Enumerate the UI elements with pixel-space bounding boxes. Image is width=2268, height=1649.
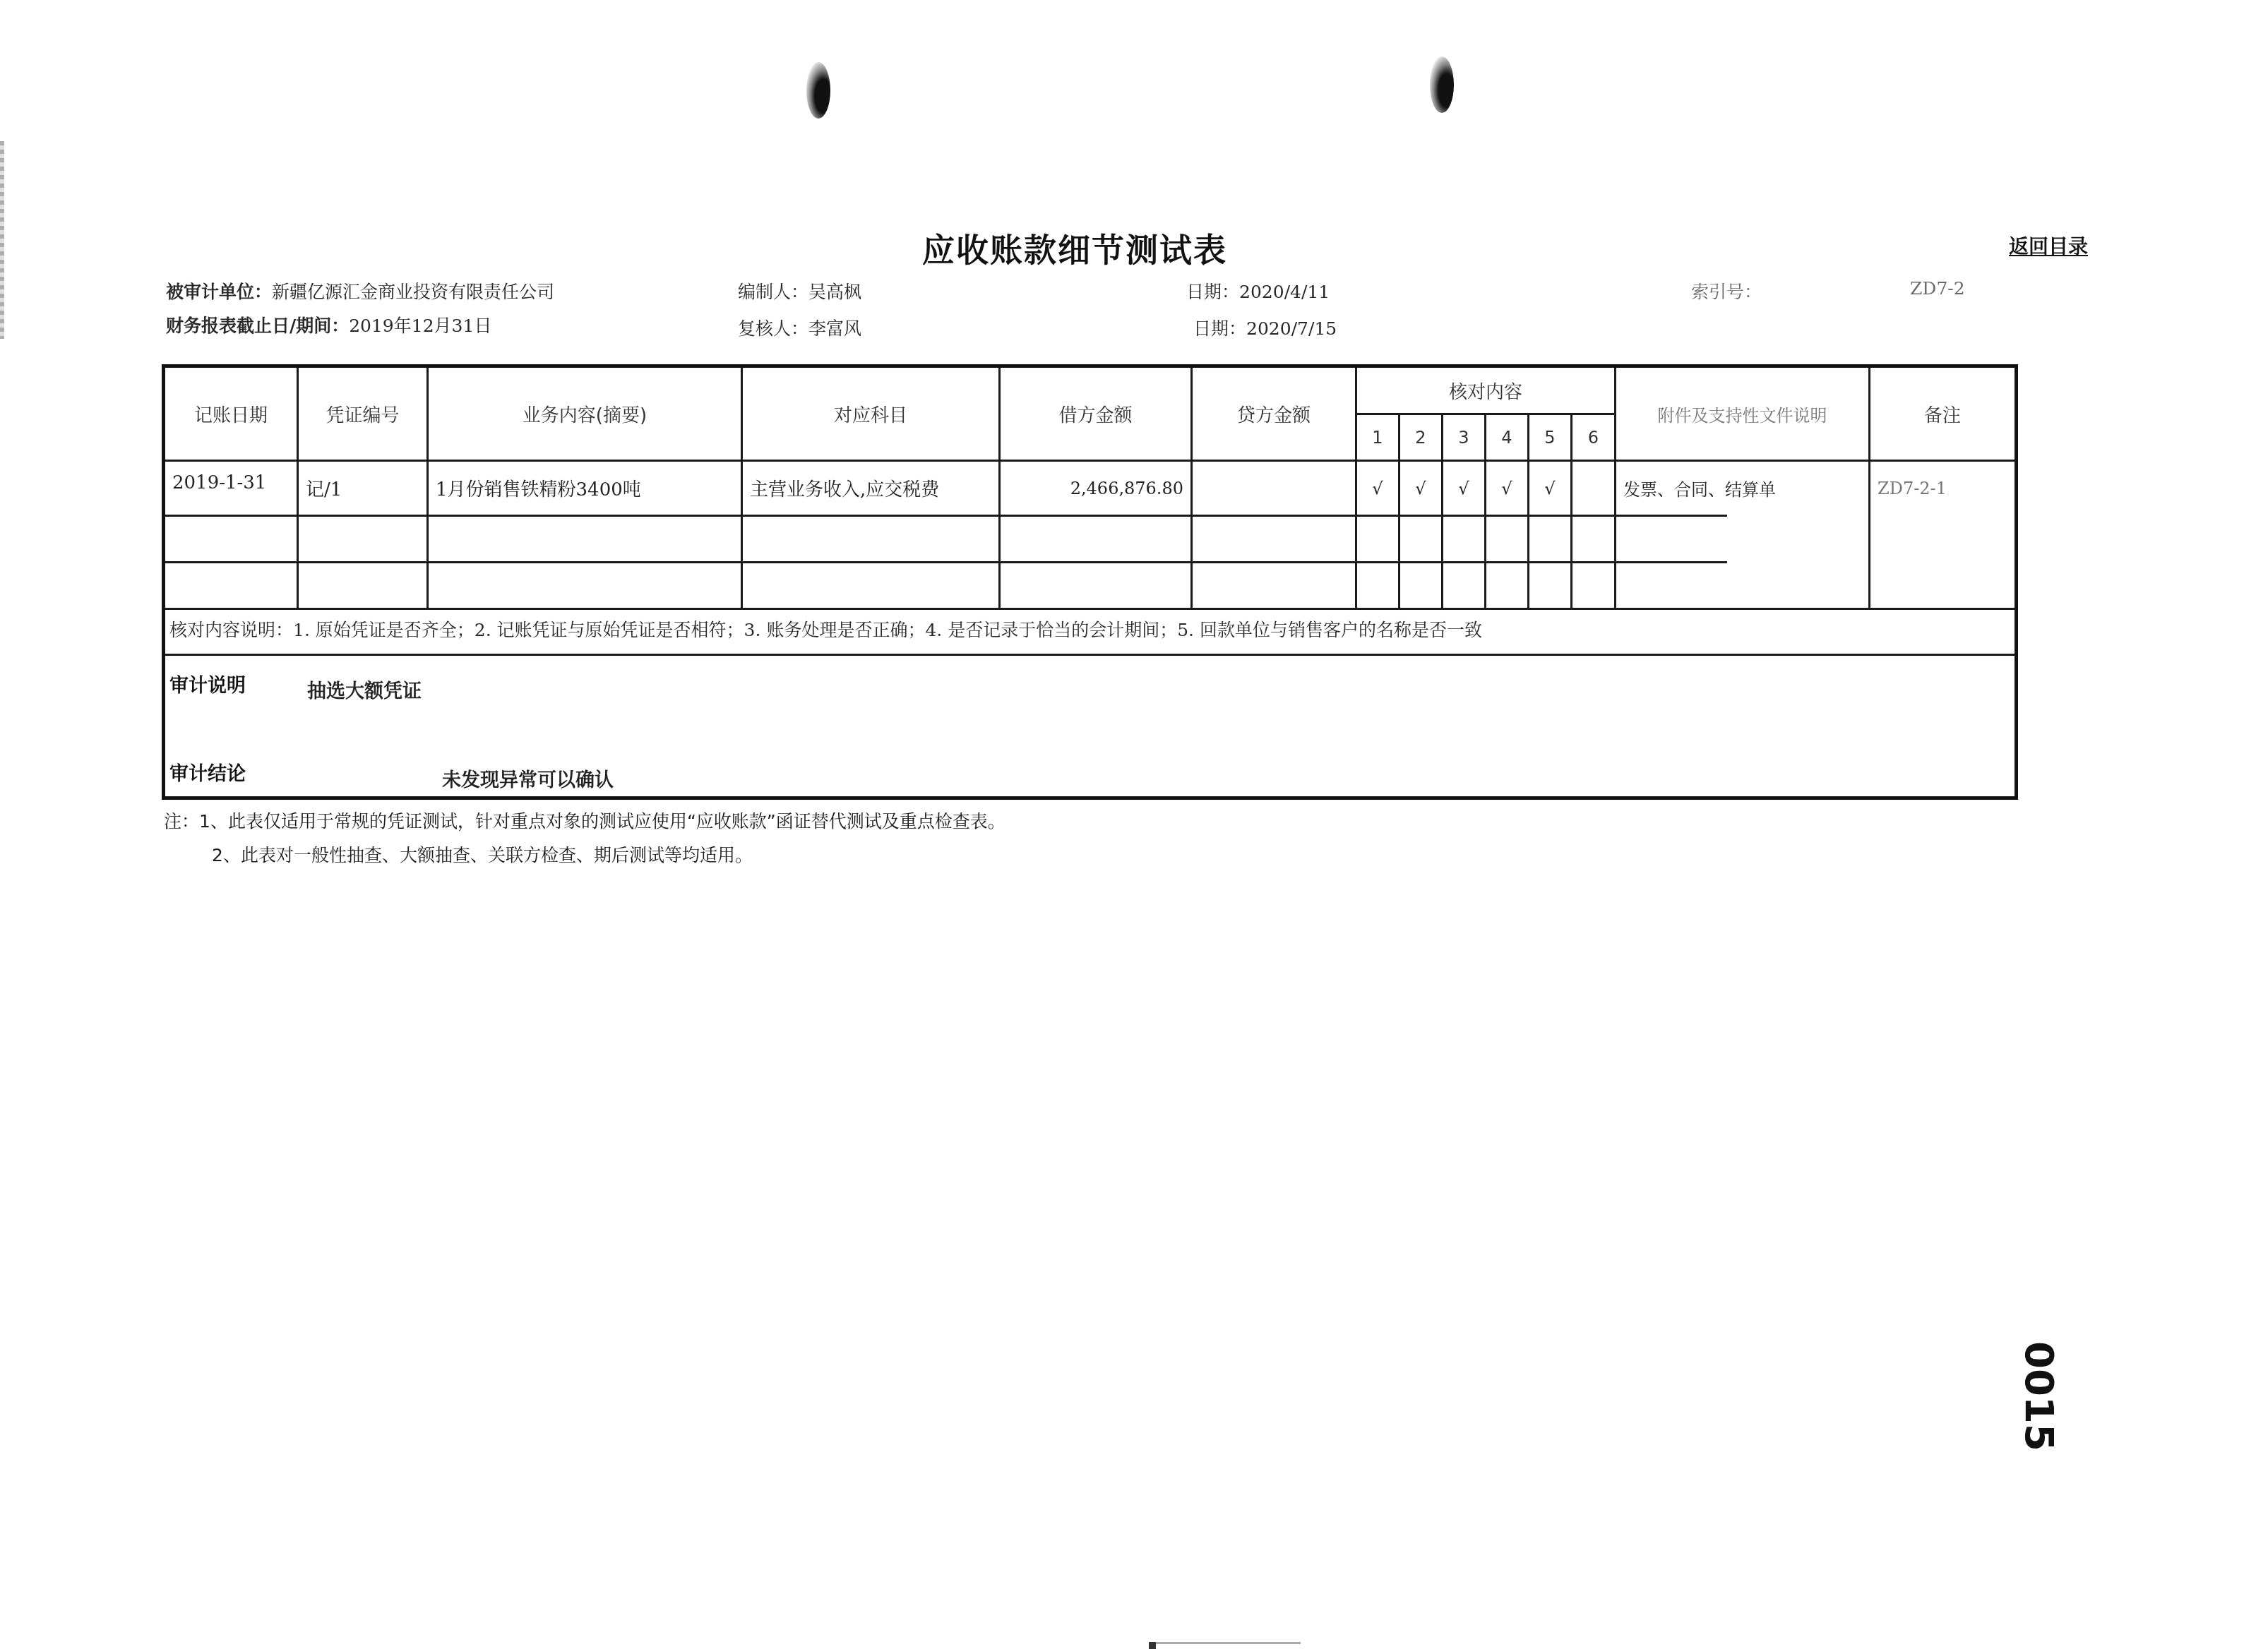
col-header-date: 记账日期 <box>165 368 297 460</box>
row-divider <box>165 608 2015 610</box>
reviewed-date: 日期：2020/7/15 <box>1193 315 1337 340</box>
col-header-check-1: 1 <box>1357 415 1398 460</box>
row-1-summary: 1月份销售铁精粉3400吨 <box>429 462 741 515</box>
col-header-account: 对应科目 <box>743 368 998 460</box>
reporting-period-label: 财务报表截止日/期间： <box>166 316 349 336</box>
row-divider <box>165 515 1727 517</box>
reviewed-date-value: 2020/7/15 <box>1246 318 1337 339</box>
audited-entity-label: 被审计单位： <box>166 282 272 302</box>
page-number-stamp: 0015 <box>2016 1341 2062 1451</box>
row-2-summary <box>429 517 741 561</box>
prepared-date-value: 2020/4/11 <box>1239 282 1330 302</box>
col-header-check-group: 核对内容 <box>1357 368 1614 413</box>
index-value: ZD7-2 <box>1910 278 1965 299</box>
binding-edge-mark <box>0 141 4 339</box>
col-header-check-2: 2 <box>1400 415 1441 460</box>
preparer-label: 编制人： <box>738 282 808 302</box>
audit-conclusion-value: 未发现异常可以确认 <box>442 764 614 792</box>
col-header-check-6: 6 <box>1572 415 1614 460</box>
reporting-period-value: 2019年12月31日 <box>349 316 491 336</box>
audited-entity: 被审计单位：新疆亿源汇金商业投资有限责任公司 <box>166 278 554 304</box>
col-header-check-4: 4 <box>1486 415 1527 460</box>
prepared-date-label: 日期： <box>1186 282 1239 302</box>
col-header-debit: 借方金额 <box>1001 368 1190 460</box>
row-1-date: 2019-1-31 <box>165 462 297 504</box>
punch-hole-right <box>1430 56 1454 113</box>
row-1-debit: 2,466,876.80 <box>1001 462 1190 515</box>
col-header-attachments: 附件及支持性文件说明 <box>1616 368 1868 460</box>
index-label: 索引号： <box>1691 278 1762 304</box>
row-2-date <box>165 517 297 561</box>
row-1-check-4: √ <box>1486 462 1527 515</box>
reporting-period: 财务报表截止日/期间：2019年12月31日 <box>166 312 491 337</box>
detail-test-table: 记账日期 凭证编号 业务内容(摘要) 对应科目 借方金额 贷方金额 核对内容 1… <box>162 364 2018 800</box>
col-header-summary: 业务内容(摘要) <box>429 368 741 460</box>
page-title: 应收账款细节测试表 <box>922 224 1227 271</box>
row-1-credit <box>1193 462 1355 515</box>
scan-edge-mark <box>1149 1642 1301 1649</box>
row-divider <box>165 561 1727 563</box>
preparer-value: 吴高枫 <box>808 282 861 302</box>
footnote-1: 注：1、此表仅适用于常规的凭证测试，针对重点对象的测试应使用“应收账款”函证替代… <box>164 808 1005 833</box>
back-to-index-link[interactable]: 返回目录 <box>2009 232 2088 260</box>
audit-explanation-value: 抽选大额凭证 <box>307 676 422 703</box>
audit-explanation-label: 审计说明 <box>169 670 246 697</box>
audit-conclusion-label: 审计结论 <box>169 758 246 786</box>
row-divider <box>165 654 2015 656</box>
row-1-check-3: √ <box>1443 462 1484 515</box>
audited-entity-value: 新疆亿源汇金商业投资有限责任公司 <box>272 282 554 302</box>
row-1-attachments: 发票、合同、结算单 <box>1616 462 1868 515</box>
col-header-remarks: 备注 <box>1870 368 2015 460</box>
reviewer-label: 复核人： <box>738 318 808 339</box>
row-1-check-2: √ <box>1400 462 1441 515</box>
punch-hole-left <box>806 62 830 119</box>
row-3-summary <box>429 563 741 608</box>
preparer: 编制人：吴高枫 <box>738 278 861 304</box>
row-1-remarks: ZD7-2-1 <box>1870 462 2015 515</box>
row-1-voucher: 记/1 <box>299 462 426 515</box>
row-1-account: 主营业务收入,应交税费 <box>743 462 998 515</box>
reviewed-date-label: 日期： <box>1193 318 1246 339</box>
reviewer-value: 李富风 <box>808 318 861 339</box>
col-header-check-5: 5 <box>1529 415 1570 460</box>
row-3-date <box>165 563 297 608</box>
check-content-note: 核对内容说明：1. 原始凭证是否齐全；2. 记账凭证与原始凭证是否相符；3. 账… <box>169 616 1482 642</box>
row-1-check-6 <box>1572 462 1614 515</box>
col-header-credit: 贷方金额 <box>1193 368 1355 460</box>
prepared-date: 日期：2020/4/11 <box>1186 278 1330 304</box>
reviewer: 复核人：李富风 <box>738 315 861 340</box>
footnote-2: 2、此表对一般性抽查、大额抽查、关联方检查、期后测试等均适用。 <box>212 841 753 867</box>
col-header-check-3: 3 <box>1443 415 1484 460</box>
row-1-check-1: √ <box>1357 462 1398 515</box>
row-1-check-5: √ <box>1529 462 1570 515</box>
col-header-voucher: 凭证编号 <box>299 368 426 460</box>
